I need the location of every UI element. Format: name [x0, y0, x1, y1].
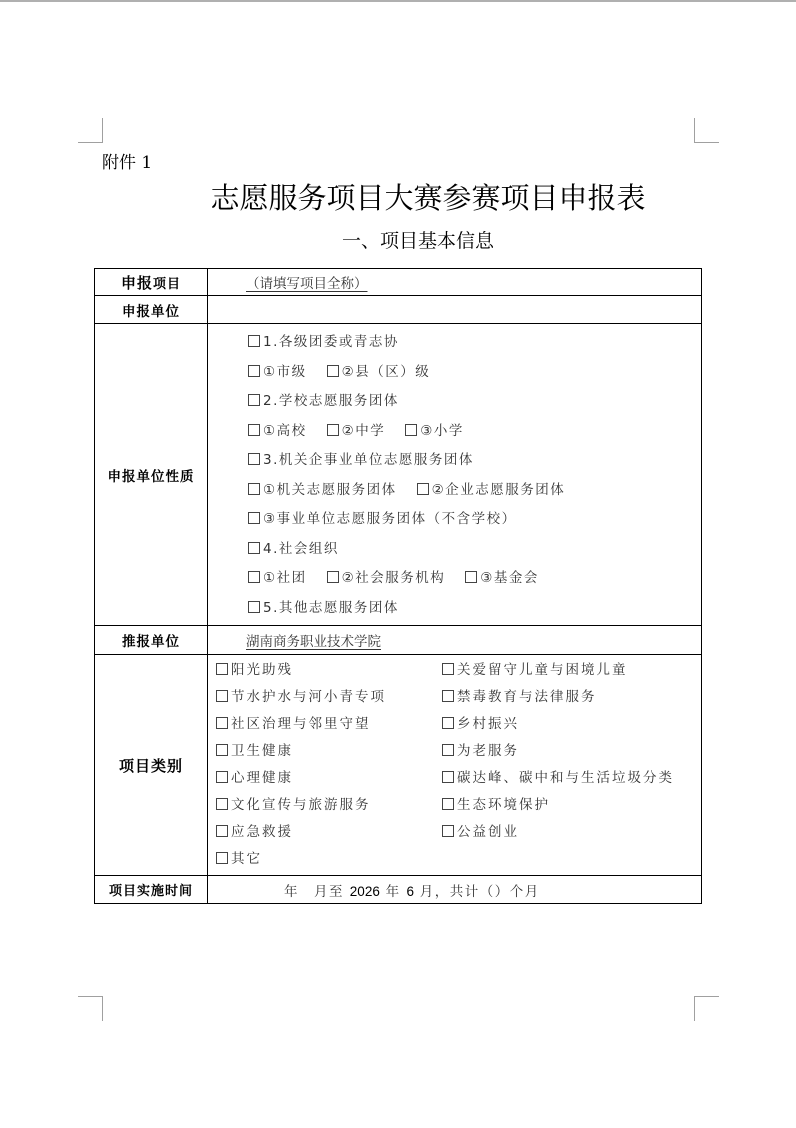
checkbox-icon[interactable]	[248, 365, 260, 377]
unit-nature-option[interactable]: ③基金会	[465, 570, 539, 586]
margin-corner-top-left	[78, 118, 103, 143]
category-option[interactable]: 卫生健康	[216, 738, 442, 765]
row-category: 项目类别 阳光助残关爱留守儿童与困境儿童节水护水与河小青专项禁毒教育与法律服务社…	[95, 655, 702, 876]
unit-nature-option[interactable]: ②企业志愿服务团体	[417, 482, 566, 498]
checkbox-icon[interactable]	[248, 394, 260, 406]
unit-nature-option[interactable]: 2.学校志愿服务团体	[248, 393, 399, 409]
checkbox-icon[interactable]	[442, 690, 454, 702]
category-options: 阳光助残关爱留守儿童与困境儿童节水护水与河小青专项禁毒教育与法律服务社区治理与邻…	[208, 655, 702, 876]
unit-nature-line: ①机关志愿服务团体②企业志愿服务团体	[208, 476, 701, 506]
checkbox-icon[interactable]	[442, 744, 454, 756]
project-name-field[interactable]: （请填写项目全称）	[208, 269, 702, 296]
checkbox-icon[interactable]	[216, 663, 228, 675]
margin-corner-bottom-right	[694, 996, 719, 1021]
category-option[interactable]: 社区治理与邻里守望	[216, 711, 442, 738]
period-text: 年 月至 2026 年 6 月，共计（）个月	[208, 884, 540, 900]
unit-nature-option[interactable]: 3.机关企事业单位志愿服务团体	[248, 452, 474, 468]
checkbox-icon[interactable]	[327, 424, 339, 436]
checkbox-icon[interactable]	[442, 798, 454, 810]
category-option[interactable]: 其它	[216, 846, 442, 873]
attachment-label: 附件 1	[102, 148, 152, 173]
recommender-label: 推报单位	[95, 626, 208, 655]
checkbox-icon[interactable]	[216, 690, 228, 702]
row-unit-nature: 申报单位性质 1.各级团委或青志协①市级②县（区）级2.学校志愿服务团体①高校②…	[95, 324, 702, 626]
category-option[interactable]: 应急救援	[216, 819, 442, 846]
checkbox-icon[interactable]	[248, 512, 260, 524]
row-project: 申报项目 （请填写项目全称）	[95, 269, 702, 296]
checkbox-icon[interactable]	[442, 825, 454, 837]
unit-nature-line: 4.社会组织	[208, 535, 701, 565]
category-option[interactable]: 为老服务	[442, 738, 701, 765]
checkbox-icon[interactable]	[248, 335, 260, 347]
checkbox-icon[interactable]	[442, 771, 454, 783]
unit-nature-option[interactable]: 5.其他志愿服务团体	[248, 600, 399, 616]
recommender-field[interactable]: 湖南商务职业技术学院	[208, 626, 702, 655]
checkbox-icon[interactable]	[216, 825, 228, 837]
unit-nature-line: ①社团②社会服务机构③基金会	[208, 564, 701, 594]
checkbox-icon[interactable]	[327, 365, 339, 377]
period-end-month: 6	[406, 884, 414, 899]
unit-nature-line: 5.其他志愿服务团体	[208, 594, 701, 624]
unit-nature-option[interactable]: ①机关志愿服务团体	[248, 482, 397, 498]
unit-nature-label: 申报单位性质	[95, 324, 208, 626]
page-top-border	[0, 0, 796, 2]
unit-nature-option[interactable]: ①市级	[248, 364, 307, 380]
checkbox-icon[interactable]	[216, 771, 228, 783]
unit-nature-option[interactable]: ①社团	[248, 570, 307, 586]
row-period: 项目实施时间 年 月至 2026 年 6 月，共计（）个月	[95, 876, 702, 904]
unit-label: 申报单位	[95, 296, 208, 324]
unit-nature-option[interactable]: ③小学	[405, 423, 464, 439]
application-form-table: 申报项目 （请填写项目全称） 申报单位 申报单位性质 1.各级团委或青志协①市级…	[94, 268, 702, 904]
checkbox-icon[interactable]	[248, 483, 260, 495]
category-option[interactable]: 心理健康	[216, 765, 442, 792]
checkbox-icon[interactable]	[248, 601, 260, 613]
row-unit: 申报单位	[95, 296, 702, 324]
unit-nature-options: 1.各级团委或青志协①市级②县（区）级2.学校志愿服务团体①高校②中学③小学3.…	[208, 324, 702, 626]
unit-nature-option[interactable]: ②社会服务机构	[327, 570, 446, 586]
checkbox-icon[interactable]	[417, 483, 429, 495]
row-recommender: 推报单位 湖南商务职业技术学院	[95, 626, 702, 655]
checkbox-icon[interactable]	[248, 453, 260, 465]
unit-nature-line: 2.学校志愿服务团体	[208, 387, 701, 417]
category-option[interactable]: 碳达峰、碳中和与生活垃圾分类	[442, 765, 701, 792]
checkbox-icon[interactable]	[216, 798, 228, 810]
checkbox-icon[interactable]	[442, 663, 454, 675]
checkbox-icon[interactable]	[248, 571, 260, 583]
margin-corner-bottom-left	[78, 996, 103, 1021]
category-option[interactable]: 关爱留守儿童与困境儿童	[442, 657, 701, 684]
unit-nature-line: ①市级②县（区）级	[208, 358, 701, 388]
category-option[interactable]: 公益创业	[442, 819, 701, 846]
unit-nature-line: ③事业单位志愿服务团体（不含学校）	[208, 505, 701, 535]
category-option[interactable]: 乡村振兴	[442, 711, 701, 738]
category-option[interactable]: 节水护水与河小青专项	[216, 684, 442, 711]
unit-nature-line: 3.机关企事业单位志愿服务团体	[208, 446, 701, 476]
unit-nature-option[interactable]: ②县（区）级	[327, 364, 431, 380]
unit-nature-line: ①高校②中学③小学	[208, 417, 701, 447]
category-label: 项目类别	[95, 655, 208, 876]
checkbox-icon[interactable]	[327, 571, 339, 583]
category-option[interactable]: 文化宣传与旅游服务	[216, 792, 442, 819]
unit-nature-option[interactable]: 1.各级团委或青志协	[248, 334, 399, 350]
project-label: 申报项目	[95, 269, 208, 296]
unit-nature-option[interactable]: ③事业单位志愿服务团体（不含学校）	[248, 511, 517, 527]
unit-nature-line: 1.各级团委或青志协	[208, 328, 701, 358]
period-end-year: 2026	[350, 884, 380, 899]
category-option[interactable]: 阳光助残	[216, 657, 442, 684]
recommender-value: 湖南商务职业技术学院	[208, 634, 381, 650]
checkbox-icon[interactable]	[216, 744, 228, 756]
unit-field[interactable]	[208, 296, 702, 324]
unit-nature-option[interactable]: ②中学	[327, 423, 386, 439]
checkbox-icon[interactable]	[405, 424, 417, 436]
checkbox-icon[interactable]	[248, 542, 260, 554]
unit-nature-option[interactable]: ①高校	[248, 423, 307, 439]
document-title: 志愿服务项目大赛参赛项目申报表	[0, 176, 796, 217]
period-label: 项目实施时间	[95, 876, 208, 904]
category-option[interactable]: 禁毒教育与法律服务	[442, 684, 701, 711]
section-title: 一、项目基本信息	[0, 226, 796, 253]
unit-nature-option[interactable]: 4.社会组织	[248, 541, 339, 557]
checkbox-icon[interactable]	[248, 424, 260, 436]
checkbox-icon[interactable]	[216, 852, 228, 864]
checkbox-icon[interactable]	[442, 717, 454, 729]
period-field[interactable]: 年 月至 2026 年 6 月，共计（）个月	[208, 876, 702, 904]
checkbox-icon[interactable]	[216, 717, 228, 729]
margin-corner-top-right	[694, 118, 719, 143]
category-option[interactable]: 生态环境保护	[442, 792, 701, 819]
project-name-placeholder: （请填写项目全称）	[208, 276, 368, 292]
checkbox-icon[interactable]	[465, 571, 477, 583]
